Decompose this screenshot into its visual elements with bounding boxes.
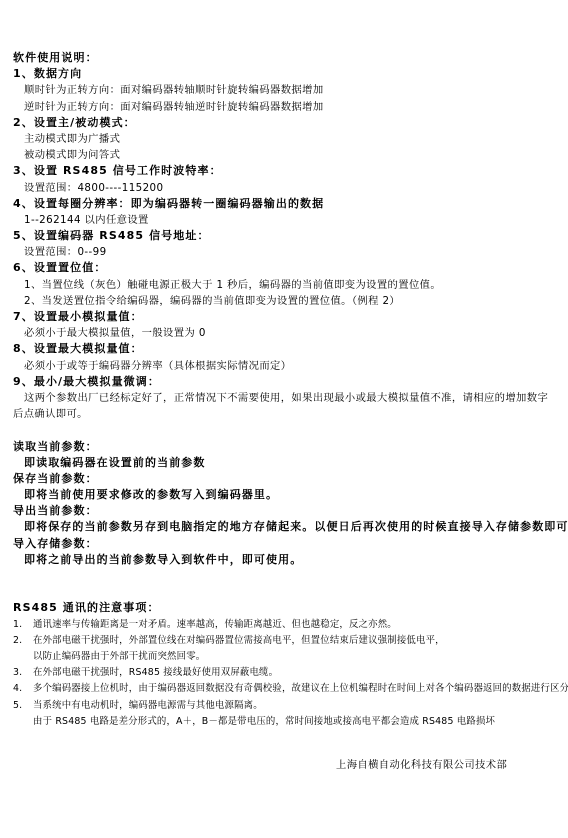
document-page: 软件使用说明： 1、数据方向顺时针为正转方向：面对编码器转轴顺时针旋转编码器数据… xyxy=(0,0,568,838)
doc-note-number: 2. xyxy=(13,633,33,649)
doc-note-item: 3.在外部电磁干扰强时，RS485 接线最好使用双屏蔽电缆。 xyxy=(13,665,560,681)
doc-note-number: 5. xyxy=(13,698,33,714)
doc-line: 必须小于最大模拟量值，一般设置为 0 xyxy=(13,325,560,341)
doc-note-item: 4.多个编码器接上位机时，由于编码器返回数据没有奇偶校验，故建议在上位机编程时在… xyxy=(13,681,560,697)
doc-heading: 7、设置最小模拟量值： xyxy=(13,309,560,325)
doc-heading: 5、设置编码器 RS485 信号地址： xyxy=(13,228,560,244)
doc-line: 2、当发送置位指令给编码器，编码器的当前值即变为设置的置位值。（例程 2） xyxy=(13,293,560,309)
doc-line: 设置范围：4800----115200 xyxy=(13,180,560,196)
doc-note-text: 通讯速率与传输距离是一对矛盾。速率越高，传输距离越近、但也越稳定，反之亦然。 xyxy=(33,617,397,633)
doc-blank-line xyxy=(13,422,560,438)
doc-title: 软件使用说明： xyxy=(13,50,560,66)
doc-footer: 上海自横自动化科技有限公司技术部 xyxy=(13,756,560,771)
doc-heading: 即将当前使用要求修改的参数写入到编码器里。 xyxy=(13,487,560,503)
doc-heading: 即将保存的当前参数另存到电脑指定的地方存储起来。以便日后再次使用的时候直接导入存… xyxy=(13,519,560,535)
doc-note-item: 5.当系统中有电动机时，编码器电源需与其他电源隔离。 xyxy=(13,698,560,714)
doc-heading: 1、数据方向 xyxy=(13,66,560,82)
doc-note-item: 2.在外部电磁干扰强时，外部置位线在对编码器置位需接高电平，但置位结束后建议强制… xyxy=(13,633,560,649)
doc-note-number: 1. xyxy=(13,617,33,633)
doc-body: 1、数据方向顺时针为正转方向：面对编码器转轴顺时针旋转编码器数据增加逆时针为正转… xyxy=(13,66,560,730)
doc-heading: 6、设置置位值： xyxy=(13,260,560,276)
doc-note-continuation: 以防止编码器由于外部干扰而突然回零。 xyxy=(13,649,560,665)
doc-note-text: 在外部电磁干扰强时，RS485 接线最好使用双屏蔽电缆。 xyxy=(33,665,278,681)
doc-heading: 2、设置主/被动模式： xyxy=(13,115,560,131)
doc-heading: 导出当前参数： xyxy=(13,503,560,519)
doc-heading: 保存当前参数： xyxy=(13,471,560,487)
doc-note-text: 当系统中有电动机时，编码器电源需与其他电源隔离。 xyxy=(33,698,263,714)
doc-line: 这两个参数出厂已经标定好了，正常情况下不需要使用，如果出现最小或最大模拟量值不准… xyxy=(13,390,560,406)
doc-blank-line xyxy=(13,568,560,584)
doc-heading: 即读取编码器在设置前的当前参数 xyxy=(13,455,560,471)
doc-note-number: 3. xyxy=(13,665,33,681)
doc-line: 被动模式即为问答式 xyxy=(13,147,560,163)
doc-note-item: 1.通讯速率与传输距离是一对矛盾。速率越高，传输距离越近、但也越稳定，反之亦然。 xyxy=(13,617,560,633)
doc-heading: 4、设置每圈分辨率：即为编码器转一圈编码器输出的数据 xyxy=(13,196,560,212)
doc-heading: 即将之前导出的当前参数导入到软件中，即可使用。 xyxy=(13,552,560,568)
doc-line: 必须小于或等于编码器分辨率（具体根据实际情况而定） xyxy=(13,358,560,374)
doc-line: 后点确认即可。 xyxy=(13,406,560,422)
doc-line: 设置范围：0--99 xyxy=(13,244,560,260)
doc-line: 顺时针为正转方向：面对编码器转轴顺时针旋转编码器数据增加 xyxy=(13,82,560,98)
doc-heading: 导入存储参数： xyxy=(13,536,560,552)
doc-heading: 9、最小/最大模拟量微调： xyxy=(13,374,560,390)
doc-note-number: 4. xyxy=(13,681,33,697)
doc-line: 主动模式即为广播式 xyxy=(13,131,560,147)
doc-line: 1、当置位线（灰色）触碰电源正极大于 1 秒后，编码器的当前值即变为设置的置位值… xyxy=(13,277,560,293)
doc-note-text: 在外部电磁干扰强时，外部置位线在对编码器置位需接高电平，但置位结束后建议强制接低… xyxy=(33,633,445,649)
doc-heading: 读取当前参数： xyxy=(13,439,560,455)
doc-heading: RS485 通讯的注意事项： xyxy=(13,600,560,616)
doc-line: 逆时针为正转方向：面对编码器转轴逆时针旋转编码器数据增加 xyxy=(13,99,560,115)
doc-heading: 8、设置最大模拟量值： xyxy=(13,341,560,357)
doc-blank-line xyxy=(13,584,560,600)
doc-heading: 3、设置 RS485 信号工作时波特率： xyxy=(13,163,560,179)
doc-line: 1--262144 以内任意设置 xyxy=(13,212,560,228)
doc-note-text: 多个编码器接上位机时，由于编码器返回数据没有奇偶校验，故建议在上位机编程时在时间… xyxy=(33,681,568,697)
doc-note-continuation: 由于 RS485 电路是差分形式的，A＋，B－都是带电压的，常时间接地或接高电平… xyxy=(13,714,560,730)
